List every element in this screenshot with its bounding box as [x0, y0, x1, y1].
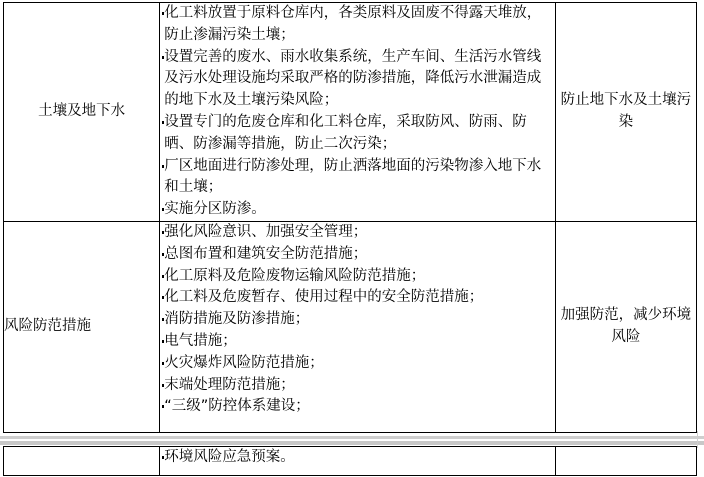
goal-label: 防止地下水及土壤污染 [561, 92, 692, 130]
measures-cell: 环境风险应急预案。 [160, 447, 556, 476]
measure-item: 电气措施； [162, 331, 554, 353]
measure-item: 设置完善的废水、雨水收集系统，生产车间、生活污水管线及污水处理设施均采取严格的防… [162, 47, 554, 112]
goal-label: 加强防范，减少环境风险 [561, 307, 692, 345]
table-row-risk-prevention: 风险防范措施 强化风险意识、加强安全管理； 总图布置和建筑安全防范措施； 化工原… [4, 222, 697, 433]
goal-cell: 加强防范，减少环境风险 [555, 222, 696, 433]
measures-cell: 强化风险意识、加强安全管理； 总图布置和建筑安全防范措施； 化工原料及危险废物运… [160, 222, 556, 433]
category-cell [4, 447, 160, 476]
page-break-line [0, 436, 704, 439]
category-label: 风险防范措施 [4, 318, 91, 334]
measures-table: 土壤及地下水 化工料放置于原料仓库内，各类原料及固废不得露天堆放，防止渗漏污染土… [3, 2, 697, 433]
measure-item: 火灾爆炸风险防范措施； [162, 353, 554, 375]
page-break-line [0, 441, 704, 445]
measure-item: 强化风险意识、加强安全管理； [162, 222, 554, 244]
measure-item: 实施分区防渗。 [162, 199, 554, 221]
measure-item: 化工料及危废暂存、使用过程中的安全防范措施； [162, 287, 554, 309]
goal-cell: 防止地下水及土壤污染 [555, 3, 696, 222]
table-row-continuation: 环境风险应急预案。 [4, 447, 697, 476]
category-cell: 风险防范措施 [4, 222, 160, 433]
measure-item: 环境风险应急预案。 [162, 447, 554, 469]
measures-cell: 化工料放置于原料仓库内，各类原料及固废不得露天堆放，防止渗漏污染土壤； 设置完善… [160, 3, 556, 222]
category-label: 土壤及地下水 [38, 103, 125, 119]
table-row-soil-groundwater: 土壤及地下水 化工料放置于原料仓库内，各类原料及固废不得露天堆放，防止渗漏污染土… [4, 3, 697, 222]
measure-item: 消防措施及防渗措施； [162, 309, 554, 331]
measures-table-continued: 环境风险应急预案。 [3, 446, 697, 476]
measure-item: 化工原料及危险废物运输风险防范措施； [162, 266, 554, 288]
category-cell: 土壤及地下水 [4, 3, 160, 222]
measure-item: 设置专门的危废仓库和化工料仓库，采取防风、防雨、防晒、防渗漏等措施，防止二次污染… [162, 112, 554, 156]
page-break-margin [697, 431, 704, 448]
goal-cell [555, 447, 696, 476]
measure-item: “三级”防控体系建设； [162, 396, 554, 418]
measure-item: 化工料放置于原料仓库内，各类原料及固废不得露天堆放，防止渗漏污染土壤； [162, 3, 554, 47]
measure-item: 厂区地面进行防渗处理，防止洒落地面的污染物渗入地下水和土壤； [162, 156, 554, 200]
measure-item: 总图布置和建筑安全防范措施； [162, 244, 554, 266]
measure-item: 末端处理防范措施； [162, 375, 554, 397]
